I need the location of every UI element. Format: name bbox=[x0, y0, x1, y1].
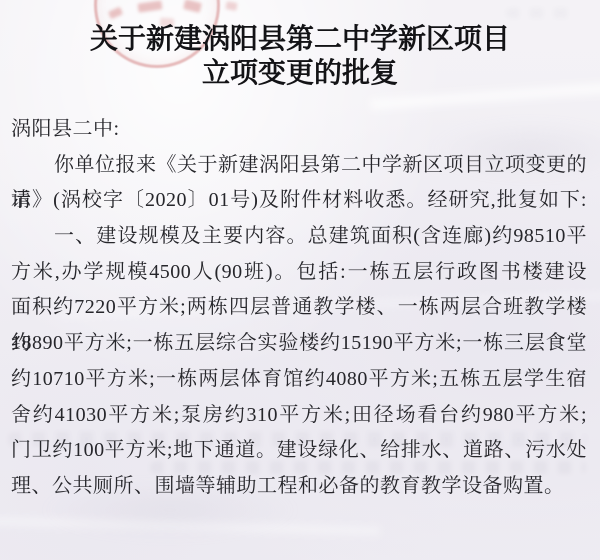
body-line: 你单位报来《关于新建涡阳县第二中学新区项目立项变更的请 bbox=[11, 148, 587, 184]
salutation: 涡阳县二中: bbox=[11, 112, 587, 148]
scanned-document-page: 关于新建涡阳县第二中学新区项目 立项变更的批复 涡阳县二中: 你单位报来《关于新… bbox=[0, 0, 600, 560]
document-title-line-1: 关于新建涡阳县第二中学新区项目 bbox=[0, 22, 600, 56]
body-line: 理、公共厕所、围墙等辅助工程和必备的教育教学设备购置。 bbox=[11, 469, 587, 505]
ink-bleed-through bbox=[506, 8, 576, 18]
paper-crease bbox=[0, 515, 380, 537]
document-title-line-2: 立项变更的批复 bbox=[0, 56, 600, 90]
body-line: 门卫约100平方米;地下通道。建设绿化、给排水、道路、污水处 bbox=[11, 433, 587, 469]
body-line: 18890平方米;一栋五层综合实验楼约15190平方米;一栋三层食堂 bbox=[11, 326, 587, 362]
seal-text-fragment bbox=[225, 1, 237, 11]
body-line: 示》(涡校字〔2020〕01号)及附件材料收悉。经研究,批复如下: bbox=[11, 183, 587, 219]
body-line: 约10710平方米;一栋两层体育馆约4080平方米;五栋五层学生宿 bbox=[11, 362, 587, 398]
body-line: 面积约7220平方米;两栋四层普通教学楼、一栋两层合班教学楼约 bbox=[11, 290, 587, 326]
body-line: 舍约41030平方米;泵房约310平方米;田径场看台约980平方米; bbox=[11, 398, 587, 434]
body-line: 方米,办学规模4500人(90班)。包括:一栋五层行政图书楼建设 bbox=[11, 255, 587, 291]
document-body: 涡阳县二中: 你单位报来《关于新建涡阳县第二中学新区项目立项变更的请 示》(涡校… bbox=[11, 112, 587, 505]
document-title: 关于新建涡阳县第二中学新区项目 立项变更的批复 bbox=[0, 22, 600, 90]
body-line: 一、建设规模及主要内容。总建筑面积(含连廊)约98510平 bbox=[11, 219, 587, 255]
